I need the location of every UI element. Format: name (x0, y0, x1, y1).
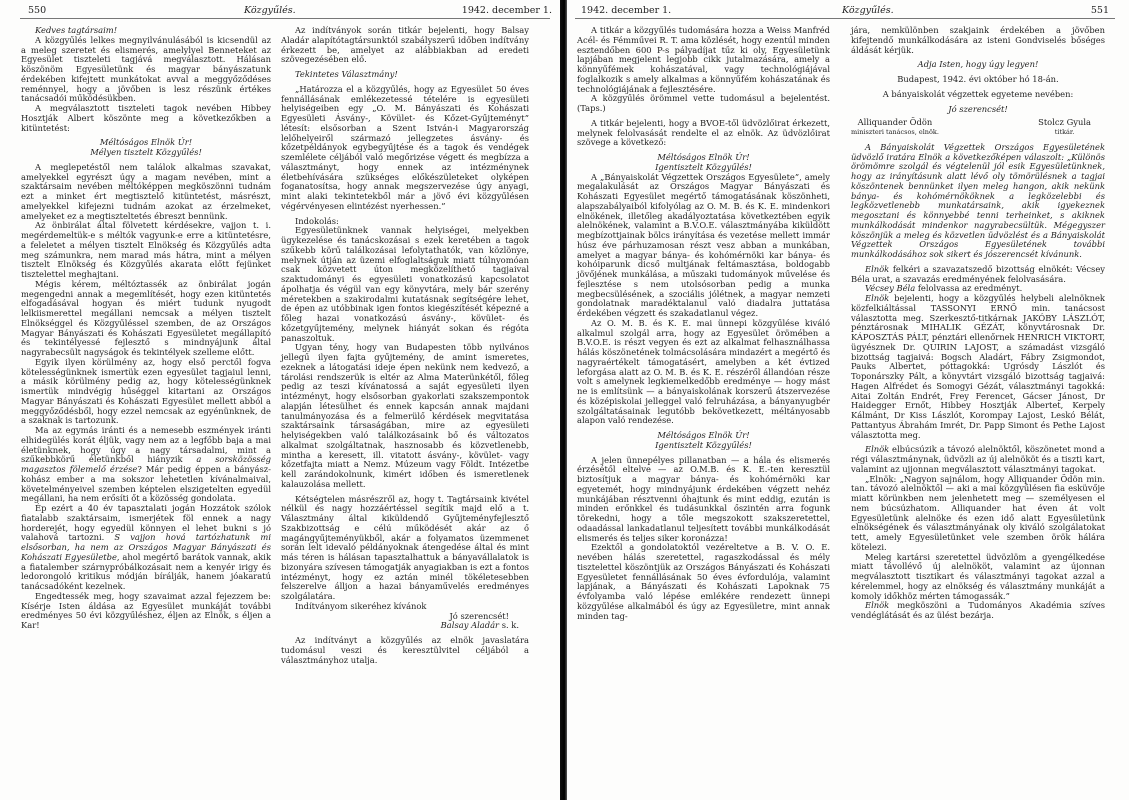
paragraph: Az O. M. B. és K. E. mai ünnepi közgyűlé… (577, 319, 830, 426)
address-line: Tekintetes Választmány! (281, 70, 529, 80)
paragraph: Ma az egymás iránti és a nemesebb eszmén… (21, 426, 271, 504)
paragraph: „Elnök: „Nagyon sajnálom, hogy Alliquand… (851, 475, 1105, 553)
page-header: 1942. december 1. Közgyűlés. 551 (577, 5, 1117, 19)
paragraph: Ép ezért a 40 év tapasztalati jogán Hozz… (21, 504, 271, 592)
page-header: 550 Közgyűlés. 1942. december 1. (12, 5, 552, 19)
left-page-column-2: Az indítványok során titkár bejelenti, h… (281, 26, 529, 665)
paragraph: „Határozza el a közgyűlés, hogy az Egyes… (281, 85, 529, 212)
page-number: 550 (28, 5, 46, 16)
signatures: Alliquander Ödön miniszteri tanácsos, el… (851, 118, 1105, 138)
signer-name: Alliquander Ödön (851, 118, 939, 128)
header-rule (575, 18, 1115, 19)
emphasis: Elnök (865, 600, 889, 610)
paragraph: Elnök elbúcsúzik a távozó alelnöktől, kö… (851, 445, 1105, 474)
signer-1: Alliquander Ödön miniszteri tanácsos, el… (851, 118, 939, 138)
running-title: Közgyűlés. (842, 5, 894, 16)
signer-suffix: s. k. (499, 620, 519, 630)
emphasis: Elnök (865, 293, 889, 303)
signer-title: titkár. (1038, 128, 1091, 138)
paragraph: A megválasztott tiszteleti tagok nevében… (21, 104, 271, 133)
paragraph: Mégis kérem, méltóztassék az önbirálat j… (21, 280, 271, 358)
left-page: 550 Közgyűlés. 1942. december 1. Kedves … (0, 0, 562, 800)
text-run: felkéri a szavazatszedő bizottság elnöké… (851, 264, 1105, 284)
signer-name: Stolcz Gyula (1038, 118, 1091, 128)
paragraph: jára, nemkülönben szakjaink érdekében a … (851, 26, 1105, 55)
paragraph: Kétségtelen másrészről az, hogy t. Tagtá… (281, 495, 529, 602)
text-run: megköszöni a Tudományos Akadémia szíves … (851, 600, 1105, 620)
signer-name: Balsay Aladár (441, 620, 499, 630)
paragraph: A titkár bejelenti, hogy a BVOE-től üdvö… (577, 119, 830, 148)
issue-date: 1942. december 1. (581, 5, 671, 16)
header-rule (20, 18, 550, 19)
paragraph: Egyesületünknek vannak helyiségei, melye… (281, 226, 529, 343)
signature: Balsay Aladár s. k. (281, 621, 529, 631)
paragraph: Elnök megköszöni a Tudományos Akadémia s… (851, 601, 1105, 621)
paragraph: Ezektől a gondolatoktól vezéreltetve a B… (577, 543, 830, 621)
right-page-column-1: A titkár a közgyűlés tudomására hozza a … (577, 26, 830, 621)
paragraph: A közgyűlés lelkes megnyilvánulásából is… (21, 36, 271, 104)
running-title: Közgyűlés. (244, 5, 296, 16)
address-line: Mélyen tisztelt Közgyűlés! (21, 148, 271, 158)
right-page: 1942. december 1. Közgyűlés. 551 A titká… (567, 0, 1129, 800)
paragraph: Engedtessék meg, hogy szavaimat azzal fe… (21, 592, 271, 631)
paragraph: Meleg kartársi szeretettel üdvözlöm a gy… (851, 553, 1105, 602)
paragraph: A „Bányaiskolát Végzettek Országos Egyes… (577, 173, 830, 319)
place-date: Budapest, 1942. évi október hó 18-án. (851, 75, 1105, 85)
right-page-column-2: jára, nemkülönben szakjaink érdekében a … (851, 26, 1105, 621)
paragraph: A közgyűlés örömmel vette tudomásul a be… (577, 94, 830, 114)
paragraph: Ugyan tény, hogy van Budapesten több nyi… (281, 343, 529, 489)
wish: Adja Isten, hogy úgy legyen! (851, 60, 1105, 70)
paragraph: Elnök bejelenti, hogy a közgyűlés helybe… (851, 294, 1105, 440)
text-run: elbúcsúzik a távozó alelnöktől, köszönet… (851, 444, 1105, 474)
emphasis: Vécsey Béla (865, 283, 915, 293)
paragraph: Elnök felkéri a szavazatszedő bizottság … (851, 265, 1105, 285)
address-line: Igentisztelt Közgyűlés! (577, 441, 830, 451)
issue-date: 1942. december 1. (462, 5, 552, 16)
signer-2: Stolcz Gyula titkár. (1038, 118, 1091, 138)
paragraph: A jelen ünnepélyes pillanatban — a hála … (577, 456, 830, 544)
paragraph: A Bányaiskolát Végzettek Országos Egyesü… (851, 143, 1105, 260)
paragraph: Egyik ilyen körülmény az, hogy első perc… (21, 358, 271, 426)
text-run: bejelenti, hogy a közgyűlés helybeli ale… (851, 293, 1105, 440)
text-run: felolvassa az eredményt. (915, 283, 1022, 293)
on-behalf: A bányaiskolát végzettek egyeteme nevébe… (851, 90, 1105, 100)
paragraph: A meglepetéstől nem találok alkalmas sza… (21, 163, 271, 222)
greeting: Jó szerencsét! (851, 105, 1105, 115)
page-number: 551 (1091, 5, 1109, 16)
paragraph: Az indítványok során titkár bejelenti, h… (281, 26, 529, 65)
paragraph: A titkár a közgyűlés tudomására hozza a … (577, 26, 830, 94)
paragraph: Az indítványt a közgyűlés az elnök javas… (281, 636, 529, 665)
signer-title: miniszteri tanácsos, elnök. (851, 128, 939, 138)
left-page-column-1: Kedves tagtársaim! A közgyűlés lelkes me… (21, 26, 271, 631)
emphasis: Elnök (865, 264, 889, 274)
paragraph: Az önbirálat által fölvetett kérdésekre,… (21, 221, 271, 280)
emphasis: Elnök (865, 444, 889, 454)
